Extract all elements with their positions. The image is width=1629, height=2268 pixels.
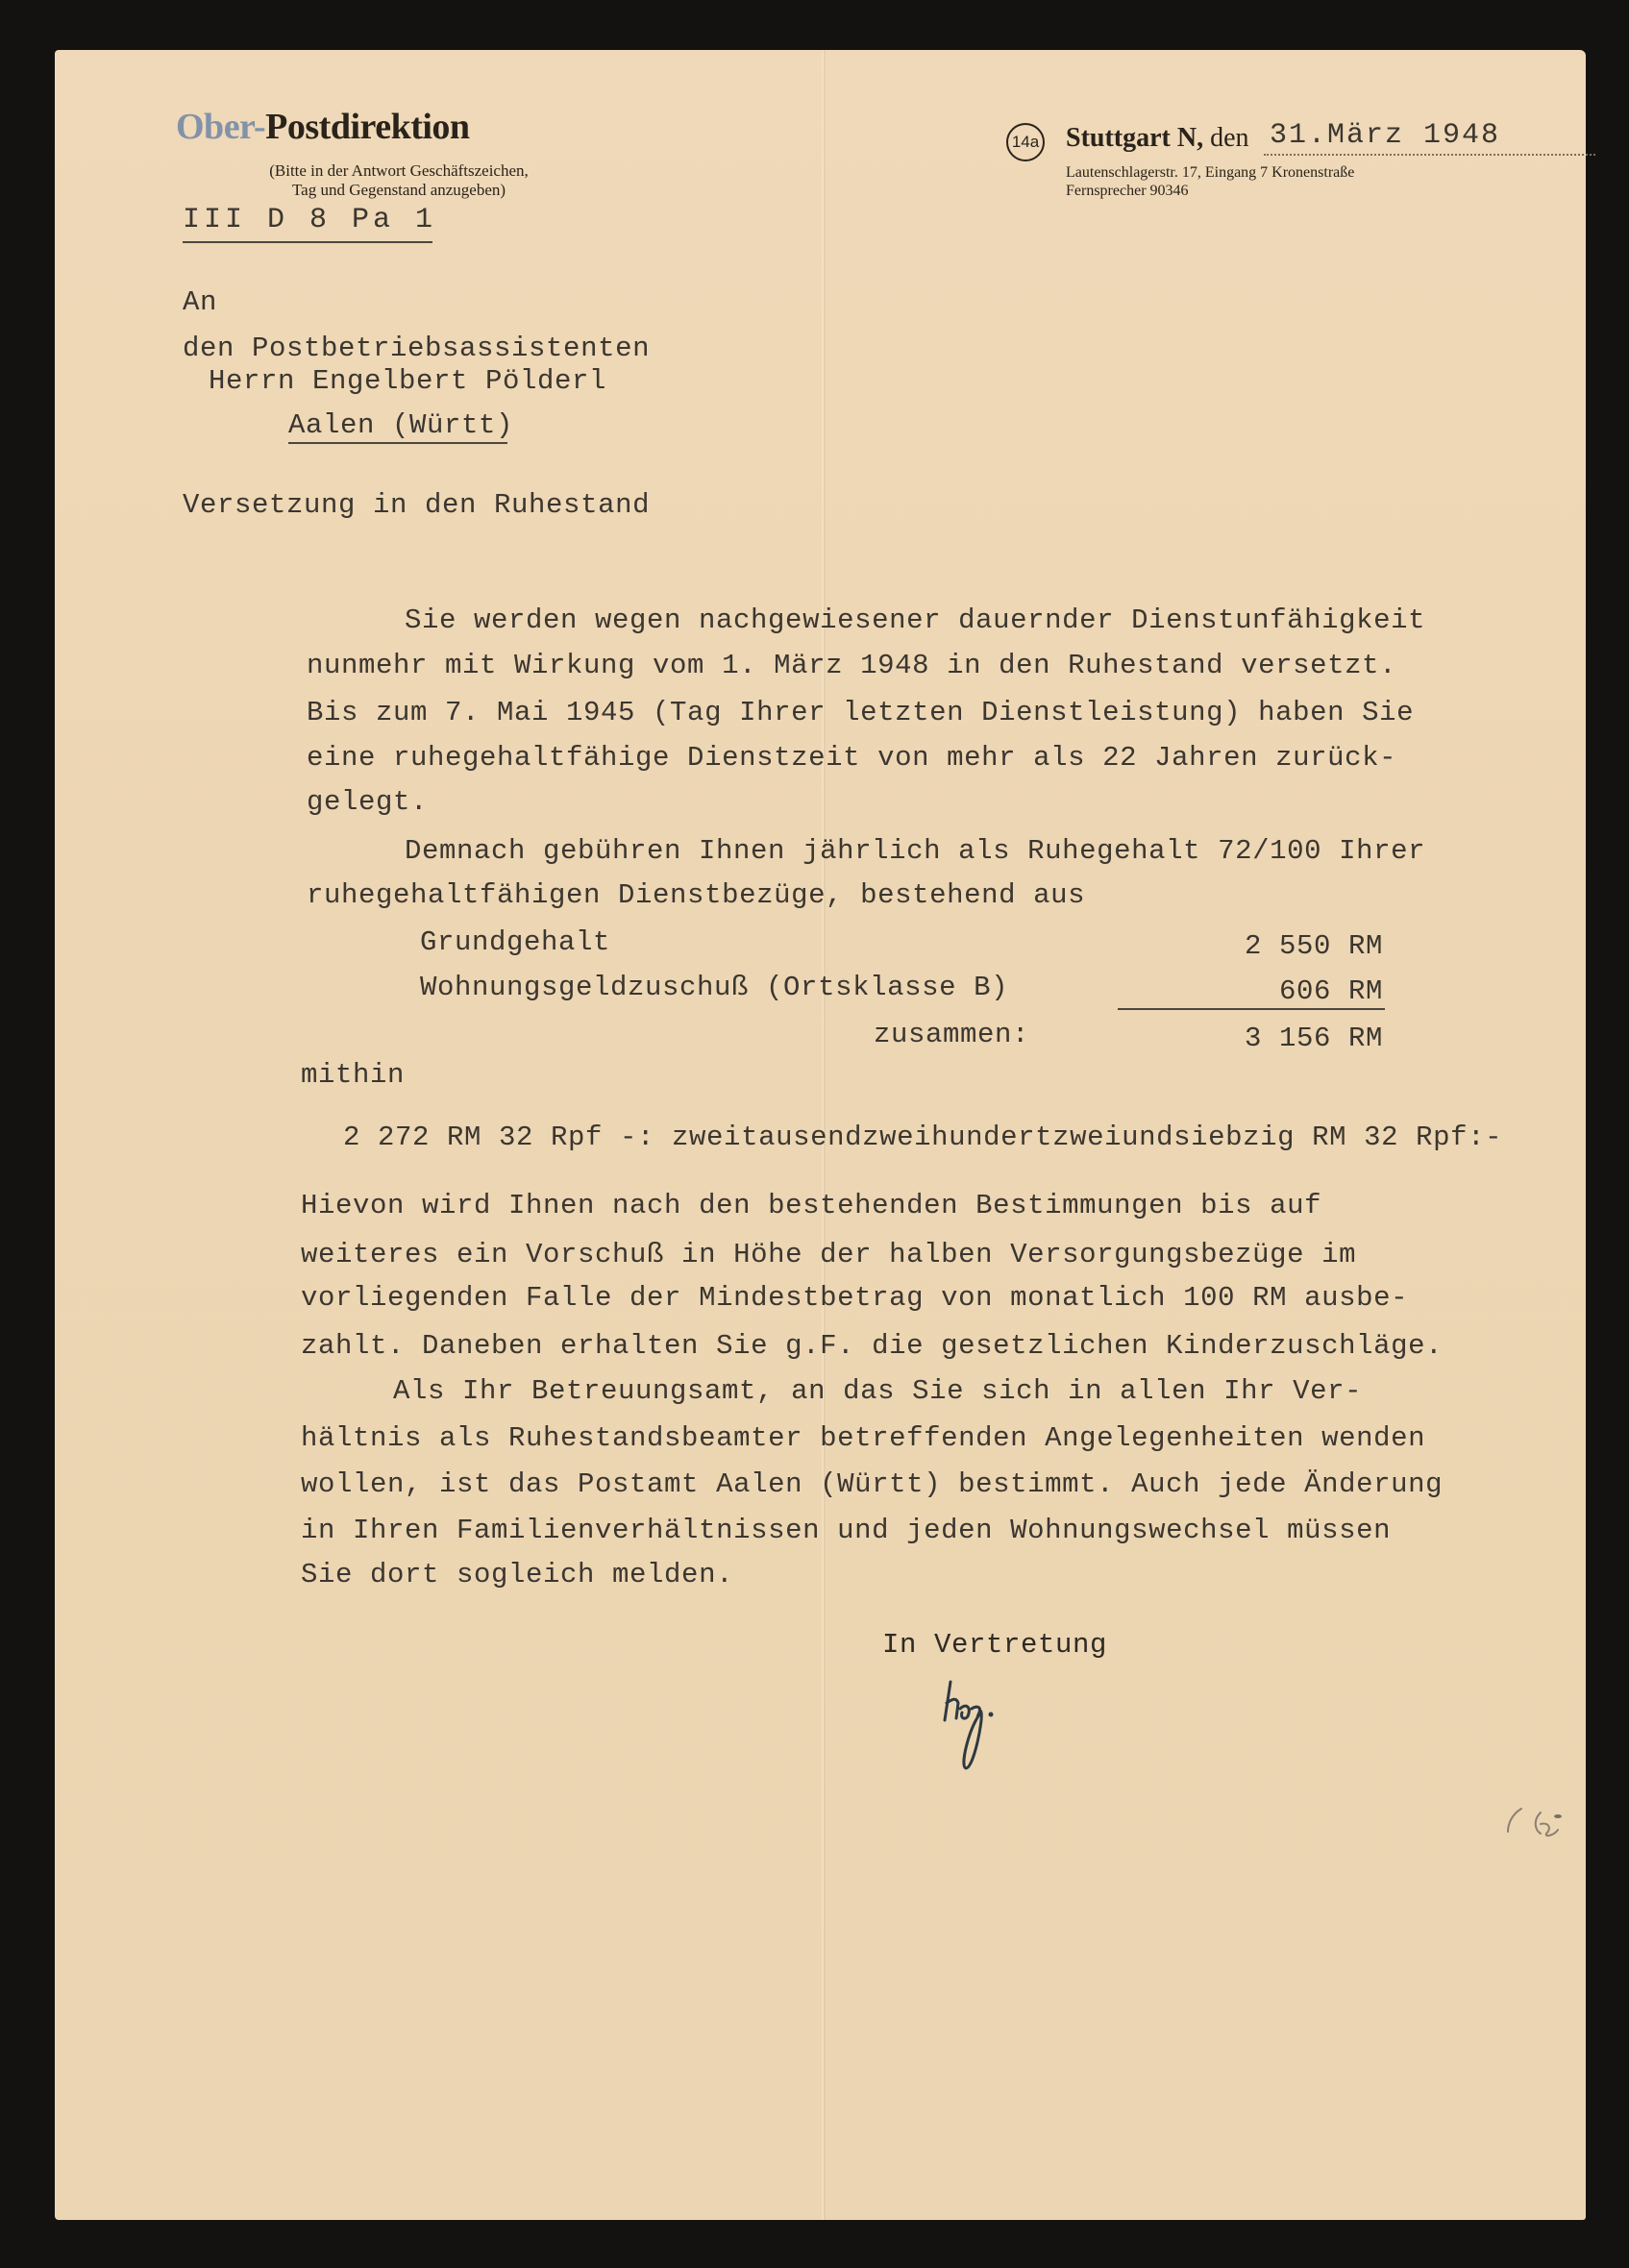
body-line: Sie dort sogleich melden. <box>301 1559 733 1590</box>
letter-paper: Ober-Postdirektion (Bitte in der Antwort… <box>55 50 1586 2220</box>
postal-district-badge: 14a <box>1006 123 1045 161</box>
body-line: wollen, ist das Postamt Aalen (Württ) be… <box>301 1468 1443 1500</box>
body-line: zahlt. Daneben erhalten Sie g.F. die ges… <box>301 1330 1443 1362</box>
body-line: nunmehr mit Wirkung vom 1. März 1948 in … <box>307 650 1396 681</box>
pension-total-line: 2 272 RM 32 Rpf -: zweitausendzweihunder… <box>343 1122 1502 1153</box>
body-line: Bis zum 7. Mai 1945 (Tag Ihrer letzten D… <box>307 697 1414 728</box>
body-line: Sie werden wegen nachgewiesener dauernde… <box>405 604 1425 636</box>
letter-date: 31.März 1948 <box>1270 119 1500 152</box>
body-line: Als Ihr Betreuungsamt, an das Sie sich i… <box>393 1375 1362 1407</box>
recipient-salutation: An <box>183 286 217 318</box>
salary-amount: 2 550 RM <box>1172 930 1383 962</box>
salary-total-amount: 3 156 RM <box>1172 1023 1383 1054</box>
mithin-label: mithin <box>301 1059 405 1091</box>
salary-label: Grundgehalt <box>420 926 610 958</box>
date-dotted-line <box>1264 154 1595 156</box>
sum-underline <box>1118 1008 1385 1010</box>
org-prefix-stamp: Ober- <box>176 107 265 147</box>
body-line: hältnis als Ruhestandsbeamter betreffend… <box>301 1422 1425 1454</box>
body-line: in Ihren Familienverhältnissen und jeden… <box>301 1515 1391 1546</box>
reference-underline <box>183 241 432 243</box>
closing-in-vertretung: In Vertretung <box>882 1629 1107 1661</box>
body-line: ruhegehaltfähigen Dienstbezüge, bestehen… <box>307 879 1085 911</box>
salary-label: Wohnungsgeldzuschuß (Ortsklasse B) <box>420 972 1008 1003</box>
pencil-mark-icon <box>1502 1801 1579 1849</box>
place-date-line: Stuttgart N, den <box>1066 123 1249 154</box>
salary-total-label: zusammen: <box>874 1019 1029 1050</box>
body-line: eine ruhegehaltfähige Dienstzeit von meh… <box>307 742 1396 774</box>
signature-icon <box>939 1674 1054 1780</box>
recipient-city-underline <box>288 442 507 444</box>
recipient-line-1: den Postbetriebsassistenten <box>183 333 650 364</box>
recipient-line-2: Herrn Engelbert Pölderl <box>209 365 606 397</box>
body-line: Hievon wird Ihnen nach den bestehenden B… <box>301 1190 1321 1221</box>
body-line: gelegt. <box>307 786 428 818</box>
handwritten-signature <box>939 1674 1054 1785</box>
subject-line: Versetzung in den Ruhestand <box>183 489 650 521</box>
sender-address: Lautenschlagerstr. 17, Eingang 7 Kronens… <box>1066 163 1354 200</box>
body-line: vorliegenden Falle der Mindestbetrag von… <box>301 1282 1408 1314</box>
org-name: Ober-Postdirektion <box>176 106 470 148</box>
reply-hint: (Bitte in der Antwort Geschäftszeichen, … <box>192 161 605 200</box>
reference-number: III D 8 Pa 1 <box>183 204 436 236</box>
salary-amount: 606 RM <box>1172 975 1383 1007</box>
body-line: Demnach gebühren Ihnen jährlich als Ruhe… <box>405 835 1425 867</box>
recipient-line-3: Aalen (Württ) <box>288 409 513 441</box>
body-line: weiteres ein Vorschuß in Höhe der halben… <box>301 1239 1356 1270</box>
pencil-margin-note <box>1502 1801 1579 1854</box>
